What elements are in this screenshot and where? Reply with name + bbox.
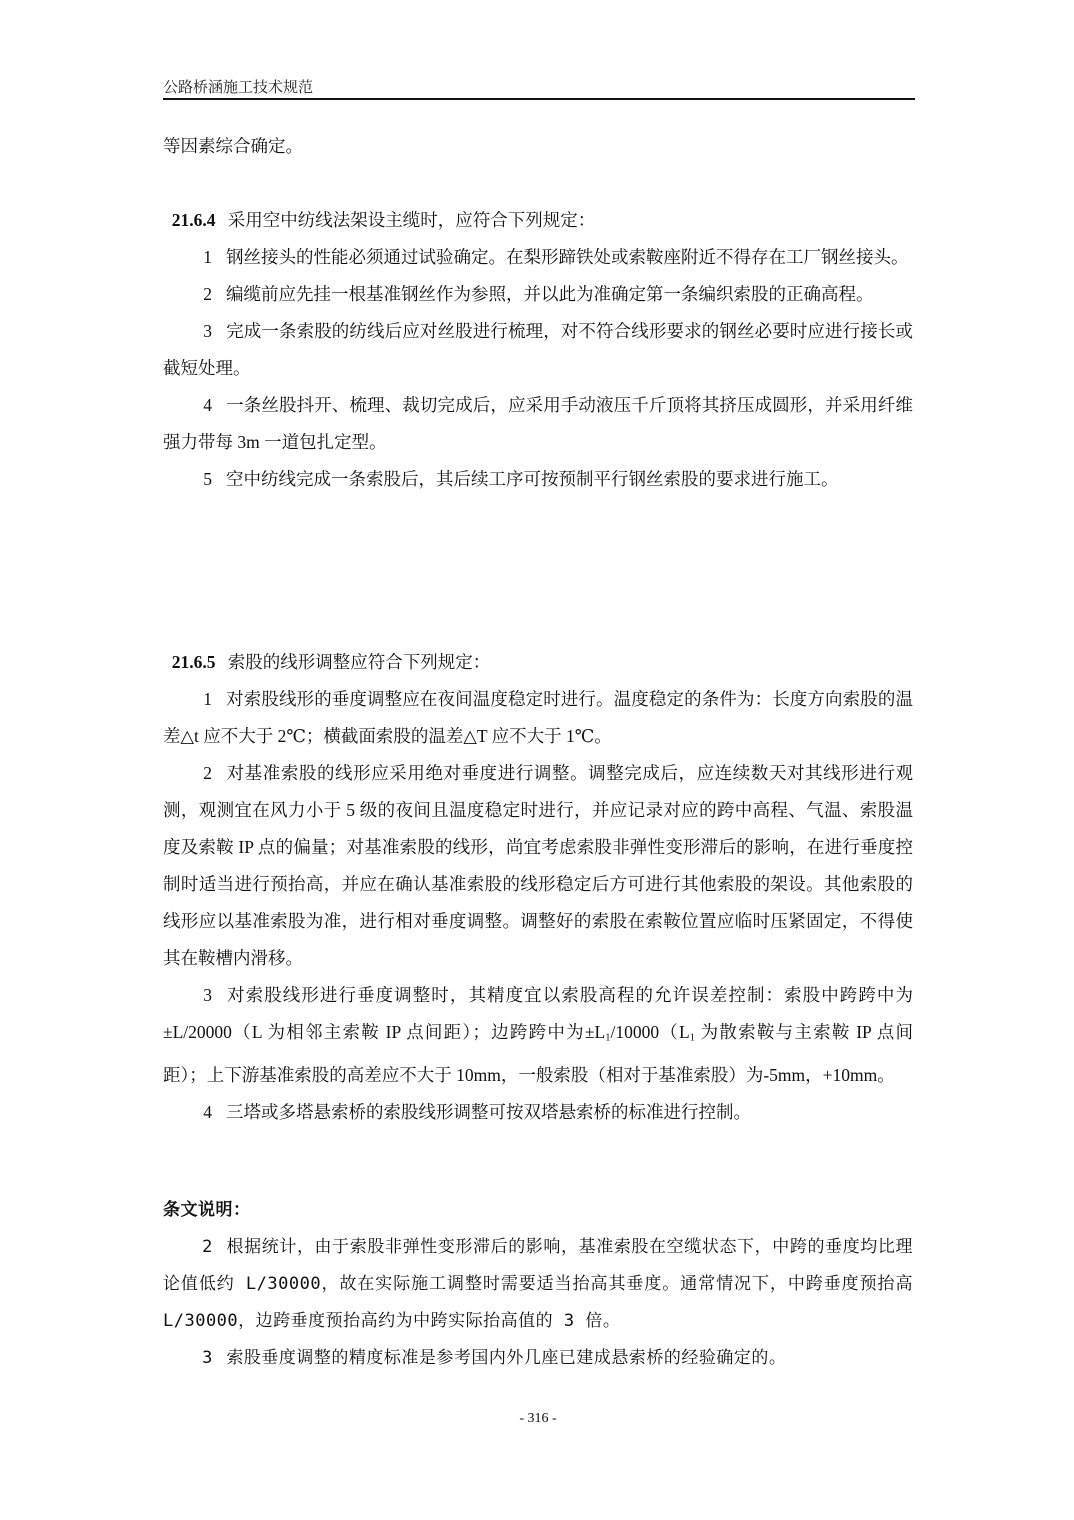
item-number: 4 [203, 1102, 212, 1122]
item-text: 对基准索股的线形应采用绝对垂度进行调整。调整完成后，应连续数天对其线形进行观测，… [163, 763, 913, 968]
section-heading: 21.6.4采用空中纺线法架设主缆时，应符合下列规定： [163, 202, 913, 239]
item-number: 2 [202, 1237, 213, 1257]
item-number: 2 [203, 284, 212, 304]
clause-item: 1钢丝接头的性能必须通过试验确定。在梨形蹄铁处或索鞍座附近不得存在工厂钢丝接头。 [163, 239, 913, 276]
item-number: 1 [203, 689, 212, 709]
commentary-item: 3索股垂度调整的精度标准是参考国内外几座已建成悬索桥的经验确定的。 [163, 1340, 913, 1377]
section-number: 21.6.5 [172, 652, 216, 672]
item-number: 3 [203, 321, 212, 341]
item-text: 索股垂度调整的精度标准是参考国内外几座已建成悬索桥的经验确定的。 [226, 1348, 786, 1368]
item-text: /10000（L [610, 1022, 689, 1042]
item-number: 1 [203, 247, 212, 267]
clause-item: 4一条丝股抖开、梳理、裁切完成后，应采用手动液压千斤顶将其挤压成圆形，并采用纤维… [163, 387, 913, 461]
commentary-title: 条文说明： [163, 1192, 913, 1229]
clause-item: 2编缆前应先挂一根基准钢丝作为参照，并以此为准确定第一条编织索股的正确高程。 [163, 276, 913, 313]
item-text: 一条丝股抖开、梳理、裁切完成后，应采用手动液压千斤顶将其挤压成圆形，并采用纤维强… [163, 395, 913, 452]
continuation-text: 等因素综合确定。 [163, 128, 913, 165]
item-number: 3 [203, 985, 212, 1005]
item-number: 2 [203, 763, 212, 783]
item-number: 4 [203, 395, 212, 415]
continuation-paragraph: 等因素综合确定。 [163, 128, 913, 165]
section-title: 采用空中纺线法架设主缆时，应符合下列规定： [228, 210, 596, 230]
clause-item: 1对索股线形的垂度调整应在夜间温度稳定时进行。温度稳定的条件为：长度方向索股的温… [163, 681, 913, 755]
item-text: 对索股线形的垂度调整应在夜间温度稳定时进行。温度稳定的条件为：长度方向索股的温差… [163, 689, 913, 746]
page-number: - 316 - [163, 1411, 913, 1427]
section-title: 索股的线形调整应符合下列规定： [228, 652, 491, 672]
item-text: 根据统计，由于索股非弹性变形滞后的影响，基准索股在空缆状态下，中跨的垂度均比理论… [163, 1237, 913, 1331]
clause-item: 2对基准索股的线形应采用绝对垂度进行调整。调整完成后，应连续数天对其线形进行观测… [163, 755, 913, 977]
item-text: 编缆前应先挂一根基准钢丝作为参照，并以此为准确定第一条编织索股的正确高程。 [226, 284, 874, 304]
item-text: 三塔或多塔悬索桥的索股线形调整可按双塔悬索桥的标准进行控制。 [226, 1102, 751, 1122]
commentary-block: 条文说明： 2根据统计，由于索股非弹性变形滞后的影响，基准索股在空缆状态下，中跨… [163, 1192, 913, 1377]
item-text: 钢丝接头的性能必须通过试验确定。在梨形蹄铁处或索鞍座附近不得存在工厂钢丝接头。 [226, 247, 909, 267]
commentary-item: 2根据统计，由于索股非弹性变形滞后的影响，基准索股在空缆状态下，中跨的垂度均比理… [163, 1229, 913, 1340]
header-divider [163, 98, 915, 100]
item-text: 完成一条索股的纺线后应对丝股进行梳理，对不符合线形要求的钢丝必要时应进行接长或截… [163, 321, 913, 378]
section-number: 21.6.4 [172, 210, 216, 230]
item-number: 3 [202, 1348, 213, 1368]
item-text: 空中纺线完成一条索股后，其后续工序可按预制平行钢丝索股的要求进行施工。 [226, 469, 839, 489]
running-header: 公路桥涵施工技术规范 [163, 76, 913, 97]
section-21-6-4: 21.6.4采用空中纺线法架设主缆时，应符合下列规定： 1钢丝接头的性能必须通过… [163, 202, 913, 498]
section-heading: 21.6.5索股的线形调整应符合下列规定： [163, 644, 913, 681]
clause-item: 3完成一条索股的纺线后应对丝股进行梳理，对不符合线形要求的钢丝必要时应进行接长或… [163, 313, 913, 387]
clause-item: 5空中纺线完成一条索股后，其后续工序可按预制平行钢丝索股的要求进行施工。 [163, 461, 913, 498]
clause-item: 4三塔或多塔悬索桥的索股线形调整可按双塔悬索桥的标准进行控制。 [163, 1094, 913, 1131]
section-21-6-5: 21.6.5索股的线形调整应符合下列规定： 1对索股线形的垂度调整应在夜间温度稳… [163, 644, 913, 1131]
item-number: 5 [203, 469, 212, 489]
clause-item: 3对索股线形进行垂度调整时，其精度宜以索股高程的允许误差控制：索股中跨跨中为±L… [163, 977, 913, 1094]
